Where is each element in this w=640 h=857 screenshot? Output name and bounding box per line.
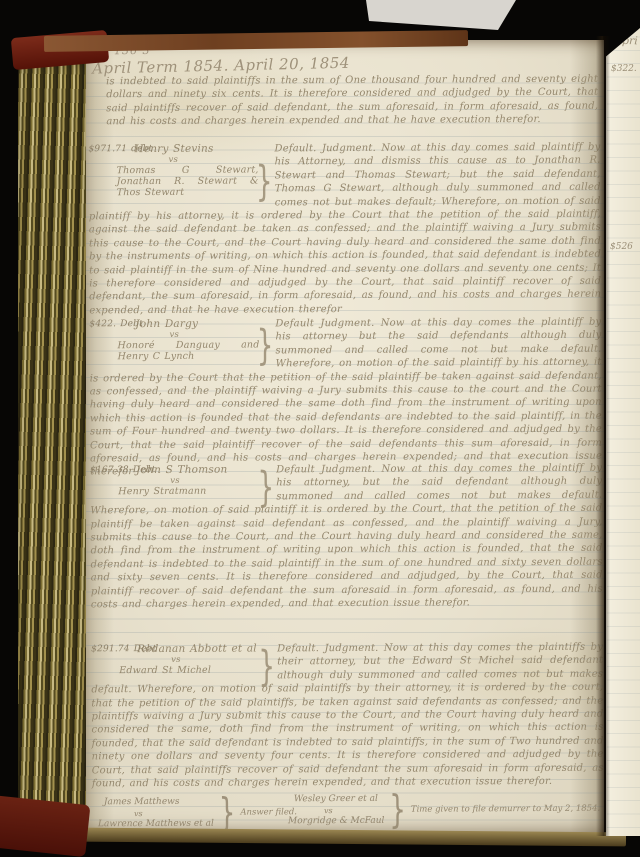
- case-note: Wesley Greer et al vs Morgridge & McFaul…: [294, 793, 601, 828]
- case-note: James Matthews vs Lawrence Matthews et a…: [104, 796, 297, 830]
- continued-entry-text: is indebted to said plaintiffs in the su…: [106, 73, 598, 129]
- entry-caption: $291.74 Debt Redanan Abbott et al vs Edw…: [91, 642, 277, 683]
- case-parties: Wesley Greer et al vs Morgridge & McFaul: [294, 794, 385, 827]
- case-parties: James Matthews vs Lawrence Matthews et a…: [104, 797, 214, 831]
- defendant-name: Edward St Michel: [119, 664, 261, 676]
- vs-label: vs: [170, 475, 260, 485]
- vs-label: vs: [169, 154, 259, 164]
- ledger-entry: $422. Debt John Dargy vs Honoré Danguay …: [89, 316, 602, 480]
- defendant-name: Henry Stratmann: [118, 485, 260, 497]
- plaintiff-name: James Matthews: [104, 797, 214, 809]
- ledger-entry: $167.38 Debt John S Thomson vs Henry Str…: [90, 462, 603, 612]
- defendant-name: Honoré Danguay and Henry C Lynch: [117, 339, 259, 362]
- brace-mark: }: [257, 468, 274, 510]
- entry-amount-label: $291.74 Debt: [91, 644, 171, 655]
- adjacent-page-partial-amount: $526: [610, 242, 633, 252]
- brace-mark: }: [257, 326, 274, 368]
- plaintiff-name: Wesley Greer et al: [294, 794, 384, 805]
- adjacent-page-edge: Apri $322. $526: [606, 24, 640, 836]
- vs-label: vs: [324, 805, 384, 816]
- loose-paper-corner: [366, 0, 516, 30]
- brace-mark: }: [256, 162, 273, 204]
- vs-label: vs: [169, 329, 259, 339]
- case-status-note: Time given to file demurrer to May 2, 18…: [411, 804, 601, 816]
- brace-mark: }: [219, 794, 236, 833]
- vs-label: vs: [134, 808, 214, 819]
- vs-label: vs: [171, 654, 261, 664]
- adjacent-page-partial-heading: Apri: [614, 34, 638, 48]
- handwriting-layer: 136 3 April Term 1854. April 20, 1854 is…: [84, 39, 606, 836]
- entry-caption: $167.38 Debt John S Thomson vs Henry Str…: [90, 463, 276, 504]
- defendant-name: Thomas G Stewart, Jonathan R. Stewart & …: [117, 164, 259, 198]
- ledger-entry: $291.74 Debt Redanan Abbott et al vs Edw…: [91, 641, 604, 791]
- entry-amount-label: $167.38 Debt: [90, 465, 170, 476]
- leather-cover-corner-bottom: [0, 795, 90, 856]
- page-gutter-crease: [596, 36, 610, 836]
- entry-caption: $422. Debt John Dargy vs Honoré Danguay …: [89, 317, 275, 362]
- stacked-page-edges: [18, 52, 88, 840]
- brace-mark: }: [258, 647, 275, 689]
- adjacent-page-partial-amount: $322.: [611, 64, 637, 74]
- ledger-photo-background: 136 3 April Term 1854. April 20, 1854 is…: [0, 0, 640, 856]
- brace-mark: }: [389, 791, 406, 830]
- defendant-name: Morgridge & McFaul: [288, 816, 384, 828]
- ledger-page: 136 3 April Term 1854. April 20, 1854 is…: [86, 40, 604, 834]
- entry-amount-label: $971.71 debt: [88, 144, 168, 155]
- ledger-entry: $971.71 debt Henry Stevins vs Thomas G S…: [88, 141, 601, 318]
- entry-amount-label: $422. Debt: [89, 319, 169, 330]
- entry-caption: $971.71 debt Henry Stevins vs Thomas G S…: [88, 142, 274, 198]
